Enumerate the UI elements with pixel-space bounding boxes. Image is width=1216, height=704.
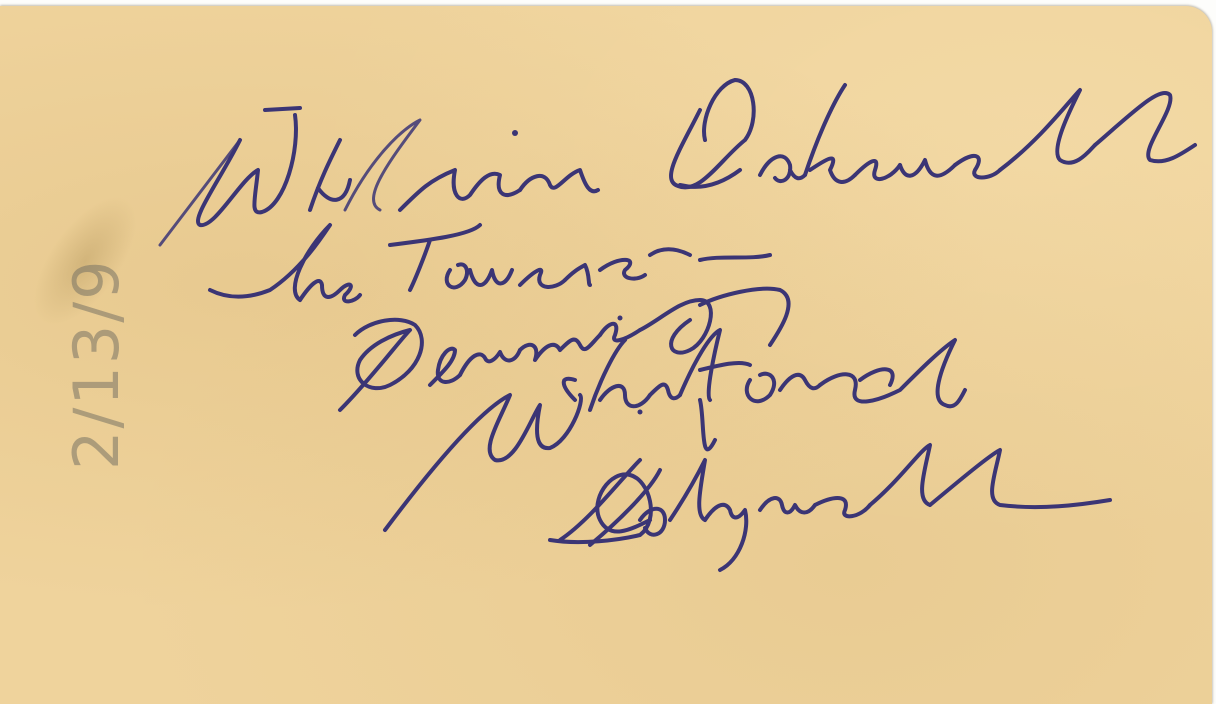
pencil-date-note: 2/13/9 [60,270,133,470]
handwriting-line-name: William Bakewell [160,110,774,192]
handwriting-line-house: The Towers [210,225,538,290]
handwriting-line-village: Whitford [385,340,681,417]
handwriting-line-town: Holywell [550,450,843,527]
